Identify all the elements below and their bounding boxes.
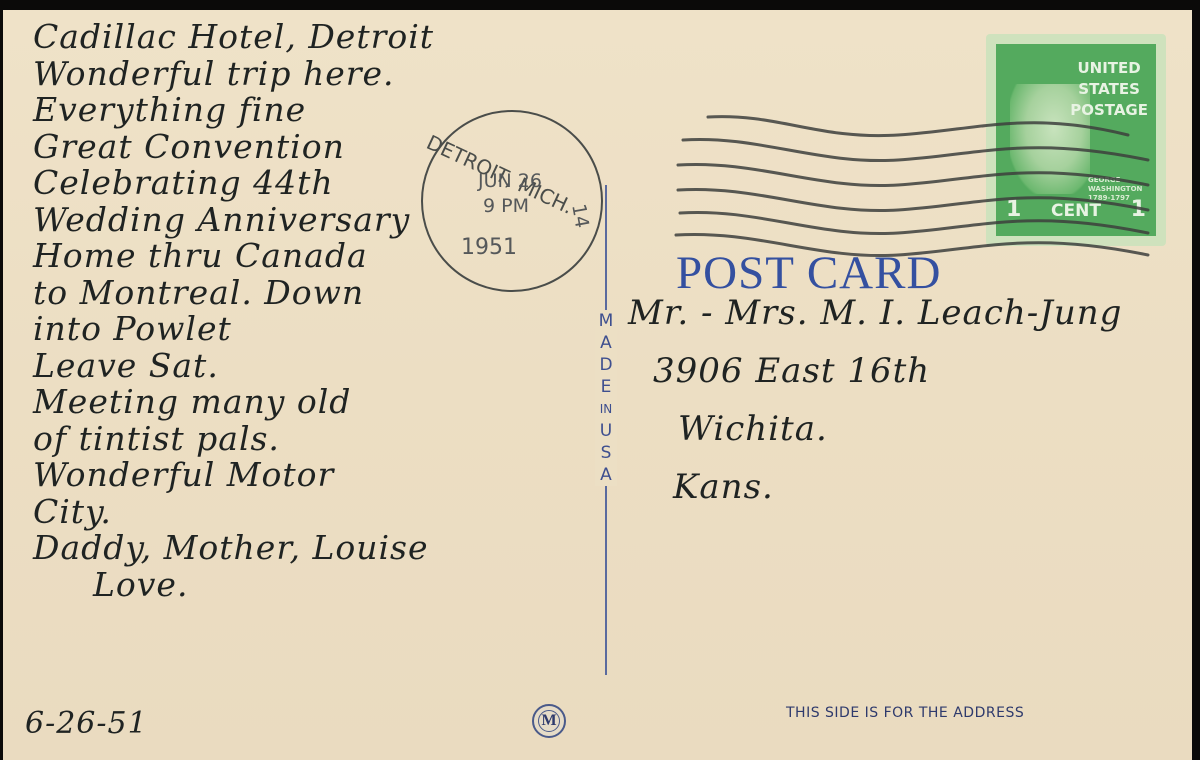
- postcard-title: POST CARD: [676, 246, 941, 300]
- postmark-date: JUN 26: [478, 170, 542, 192]
- message-line: Cadillac Hotel, Detroit: [33, 18, 434, 55]
- message-line: Wonderful Motor: [33, 456, 434, 493]
- address-line: 3906 East 16th: [628, 352, 1122, 410]
- message-line: Everything fine: [33, 91, 434, 128]
- message-line: of tintist pals.: [33, 420, 434, 457]
- made-in-letter: U: [595, 420, 617, 442]
- address-side-label: THIS SIDE IS FOR THE ADDRESS: [786, 705, 1024, 721]
- seal-letter: M: [541, 712, 556, 730]
- message-line: Wonderful trip here.: [33, 55, 434, 92]
- handwritten-message: Cadillac Hotel, Detroit Wonderful trip h…: [33, 18, 434, 602]
- message-line: into Powlet: [33, 310, 434, 347]
- made-in-letter: E: [595, 376, 617, 398]
- message-line: Home thru Canada: [33, 237, 434, 274]
- made-in-letter: A: [595, 464, 617, 486]
- stamp-text-line: UNITED: [1070, 58, 1148, 79]
- handwritten-address: Mr. - Mrs. M. I. Leach-Jung 3906 East 16…: [628, 294, 1122, 526]
- postmark-year: 1951: [461, 235, 517, 260]
- message-line: Leave Sat.: [33, 347, 434, 384]
- address-line: Wichita.: [628, 410, 1122, 468]
- made-in-letter: D: [595, 354, 617, 376]
- message-line: Meeting many old: [33, 383, 434, 420]
- message-line: Daddy, Mother, Louise: [33, 529, 434, 566]
- message-line: to Montreal. Down: [33, 274, 434, 311]
- made-in-letter: S: [595, 442, 617, 464]
- postcard-back: Cadillac Hotel, Detroit Wonderful trip h…: [3, 10, 1192, 760]
- made-in-usa-label: M A D E IN U S A: [595, 310, 617, 486]
- address-line: Mr. - Mrs. M. I. Leach-Jung: [628, 294, 1122, 352]
- cancellation-wave-lines-icon: [668, 105, 1158, 265]
- stamp-text-line: STATES: [1070, 79, 1148, 100]
- postmark-station: 14: [567, 202, 593, 230]
- message-line: City.: [33, 493, 434, 530]
- message-line: Celebrating 44th: [33, 164, 434, 201]
- message-line: Love.: [33, 566, 434, 603]
- publisher-seal-icon: M: [532, 704, 566, 738]
- message-line: Wedding Anniversary: [33, 201, 434, 238]
- made-in-letter: M: [595, 310, 617, 332]
- address-line: Kans.: [628, 468, 1122, 526]
- postmark-time: 9 PM: [483, 195, 529, 217]
- made-in-letter: A: [595, 332, 617, 354]
- made-in-letter: IN: [595, 398, 617, 420]
- message-line: Great Convention: [33, 128, 434, 165]
- handwritten-date: 6-26-51: [25, 705, 148, 743]
